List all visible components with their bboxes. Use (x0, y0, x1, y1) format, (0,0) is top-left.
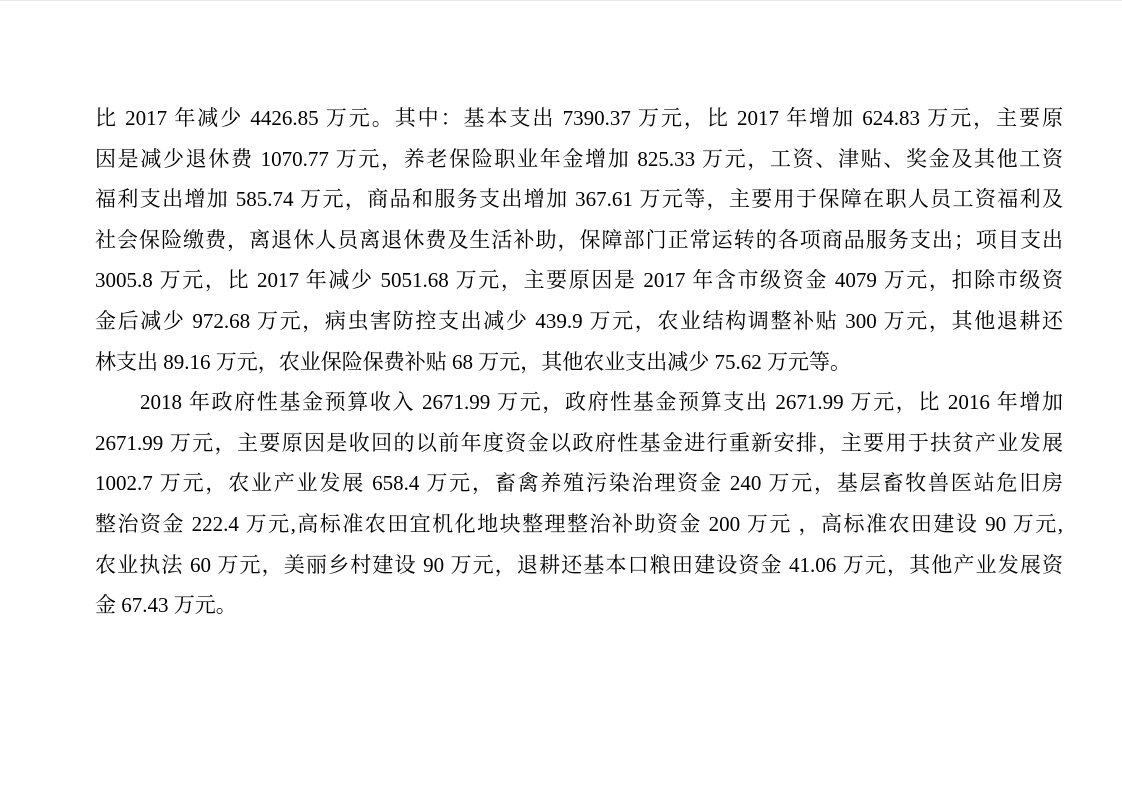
text-line: 林支出 89.16 万元，农业保险保费补贴 68 万元，其他农业支出减少 75.… (95, 342, 1063, 383)
document-page: 比 2017 年减少 4426.85 万元。其中：基本支出 7390.37 万元… (0, 0, 1122, 793)
paragraph-1: 比 2017 年减少 4426.85 万元。其中：基本支出 7390.37 万元… (95, 98, 1063, 382)
text-line: 福利支出增加 585.74 万元，商品和服务支出增加 367.61 万元等，主要… (95, 179, 1063, 220)
text-line: 整治资金 222.4 万元,高标准农田宜机化地块整理整治补助资金 200 万元 … (95, 504, 1063, 545)
text-line: 1002.7 万元，农业产业发展 658.4 万元，畜禽养殖污染治理资金 240… (95, 463, 1063, 504)
text-line: 3005.8 万元，比 2017 年减少 5051.68 万元，主要原因是 20… (95, 260, 1063, 301)
text-line: 社会保险缴费，离退休人员离退休费及生活补助，保障部门正常运转的各项商品服务支出；… (95, 220, 1063, 261)
paragraph-2: 2018 年政府性基金预算收入 2671.99 万元，政府性基金预算支出 267… (95, 382, 1063, 626)
text-line: 因是减少退休费 1070.77 万元，养老保险职业年金增加 825.33 万元，… (95, 139, 1063, 180)
document-content: 比 2017 年减少 4426.85 万元。其中：基本支出 7390.37 万元… (95, 98, 1063, 626)
text-line: 比 2017 年减少 4426.85 万元。其中：基本支出 7390.37 万元… (95, 98, 1063, 139)
text-line: 金后减少 972.68 万元，病虫害防控支出减少 439.9 万元，农业结构调整… (95, 301, 1063, 342)
text-line: 农业执法 60 万元，美丽乡村建设 90 万元，退耕还基本口粮田建设资金 41.… (95, 545, 1063, 586)
text-line: 2018 年政府性基金预算收入 2671.99 万元，政府性基金预算支出 267… (95, 382, 1063, 423)
text-line: 金 67.43 万元。 (95, 585, 1063, 626)
text-line: 2671.99 万元，主要原因是收回的以前年度资金以政府性基金进行重新安排，主要… (95, 423, 1063, 464)
